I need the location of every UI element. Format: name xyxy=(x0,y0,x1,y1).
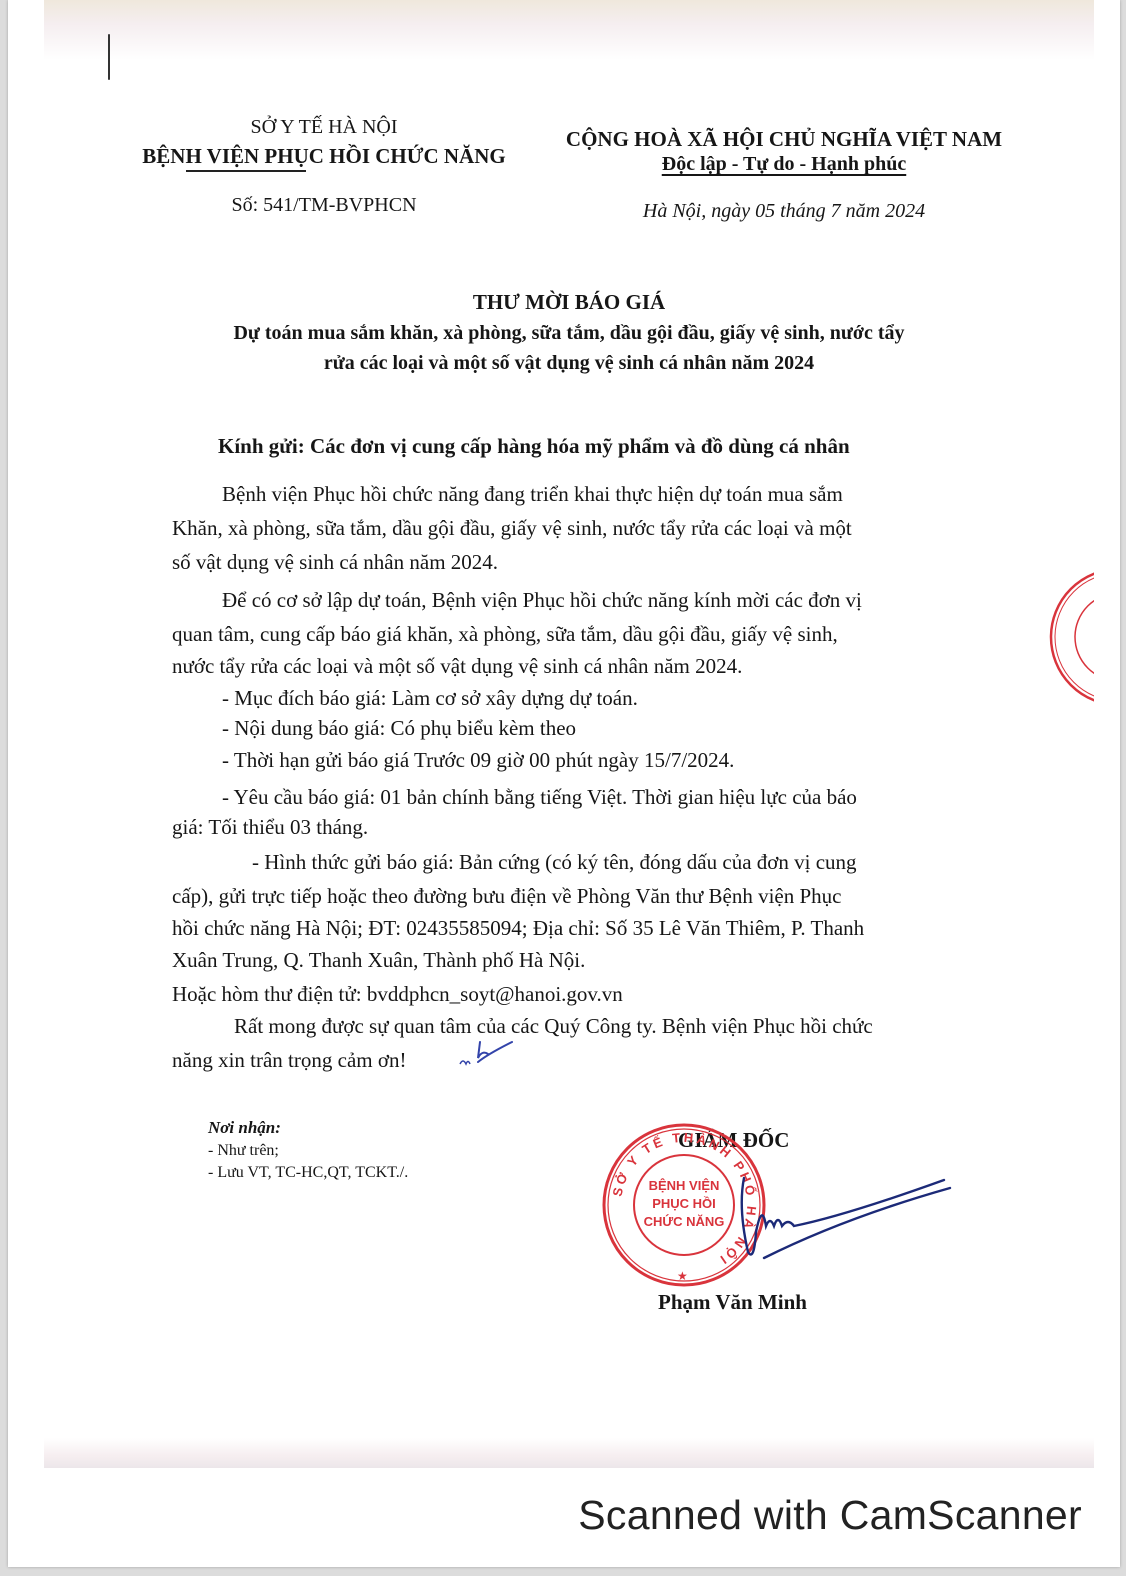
submission-line4: Xuân Trung, Q. Thanh Xuân, Thành phố Hà … xyxy=(172,948,585,973)
national-motto-text: Độc lập - Tự do - Hạnh phúc xyxy=(662,153,906,175)
scanner-frame: SỞ Y TẾ HÀ NỘI BỆNH VIỆN PHỤC HỒI CHỨC N… xyxy=(8,0,1120,1567)
initial-mark-icon xyxy=(456,1036,520,1072)
submission-line2: cấp), gửi trực tiếp hoặc theo đường bưu … xyxy=(172,884,842,909)
recipient-item: - Như trên; xyxy=(208,1142,279,1160)
para1-line3: số vật dụng vệ sinh cá nhân năm 2024. xyxy=(172,550,498,575)
signature-icon xyxy=(694,1150,954,1270)
staple-mark xyxy=(108,34,110,80)
agency-name: SỞ Y TẾ HÀ NỘI xyxy=(124,116,524,139)
item-deadline: - Thời hạn gửi báo giá Trước 09 giờ 00 p… xyxy=(222,748,734,773)
letter-title: THƯ MỜI BÁO GIÁ xyxy=(44,290,1094,315)
hospital-underline xyxy=(186,170,306,172)
requirement-line2: giá: Tối thiểu 03 tháng. xyxy=(172,815,368,840)
email-address[interactable]: bvddphcn_soyt@hanoi.gov.vn xyxy=(367,982,623,1006)
item-purpose: - Mục đích báo giá: Làm cơ sở xây dựng d… xyxy=(222,686,638,711)
email-label: Hoặc hòm thư điện tử: xyxy=(172,982,367,1006)
letter-subtitle-line1: Dự toán mua sắm khăn, xà phòng, sữa tắm,… xyxy=(44,322,1094,345)
recipient-item: - Lưu VT, TC-HC,QT, TCKT./. xyxy=(208,1164,408,1182)
republic-title: CỘNG HOÀ XÃ HỘI CHỦ NGHĨA VIỆT NAM xyxy=(544,127,1024,152)
para2-line1: Để có cơ sở lập dự toán, Bệnh viện Phục … xyxy=(222,588,862,613)
closing-line2: năng xin trân trọng cảm ơn! xyxy=(172,1048,406,1073)
recipients-label: Nơi nhận: xyxy=(208,1118,281,1138)
national-motto: Độc lập - Tự do - Hạnh phúc xyxy=(544,153,1024,176)
camscanner-watermark: Scanned with CamScanner xyxy=(578,1492,1082,1539)
email-line: Hoặc hòm thư điện tử: bvddphcn_soyt@hano… xyxy=(172,982,623,1007)
hospital-name: BỆNH VIỆN PHỤC HỒI CHỨC NĂNG xyxy=(124,144,524,169)
letter-subtitle-line2: rửa các loại và một số vật dụng vệ sinh … xyxy=(44,352,1094,375)
document-number: Số: 541/TM-BVPHCN xyxy=(124,194,524,217)
place-date: Hà Nội, ngày 05 tháng 7 năm 2024 xyxy=(544,200,1024,223)
item-content: - Nội dung báo giá: Có phụ biểu kèm theo xyxy=(222,716,576,741)
scan-shading-top xyxy=(44,0,1094,60)
para1-line1: Bệnh viện Phục hồi chức năng đang triển … xyxy=(222,482,843,507)
signer-name: Phạm Văn Minh xyxy=(658,1290,807,1315)
submission-line1: - Hình thức gửi báo giá: Bản cứng (có ký… xyxy=(252,850,857,875)
submission-line3: hồi chức năng Hà Nội; ĐT: 02435585094; Đ… xyxy=(172,916,864,941)
closing-line1: Rất mong được sự quan tâm của các Quý Cô… xyxy=(234,1014,873,1039)
watermark-bar: Scanned with CamScanner xyxy=(8,1468,1120,1567)
partial-stamp-icon xyxy=(1044,565,1094,710)
svg-text:★: ★ xyxy=(677,1269,688,1283)
scanned-page: SỞ Y TẾ HÀ NỘI BỆNH VIỆN PHỤC HỒI CHỨC N… xyxy=(44,0,1094,1468)
scan-shading-bottom xyxy=(44,1438,1094,1468)
salutation: Kính gửi: Các đơn vị cung cấp hàng hóa m… xyxy=(218,434,850,459)
para2-line3: nước tẩy rửa các loại và một số vật dụng… xyxy=(172,654,742,679)
hospital-name-text: BỆNH VIỆN PHỤC HỒI CHỨC NĂNG xyxy=(142,144,505,168)
requirement-line1: - Yêu cầu báo giá: 01 bản chính bằng tiế… xyxy=(222,785,857,810)
para2-line2: quan tâm, cung cấp báo giá khăn, xà phòn… xyxy=(172,622,838,647)
para1-line2: Khăn, xà phòng, sữa tắm, dầu gội đầu, gi… xyxy=(172,516,852,541)
